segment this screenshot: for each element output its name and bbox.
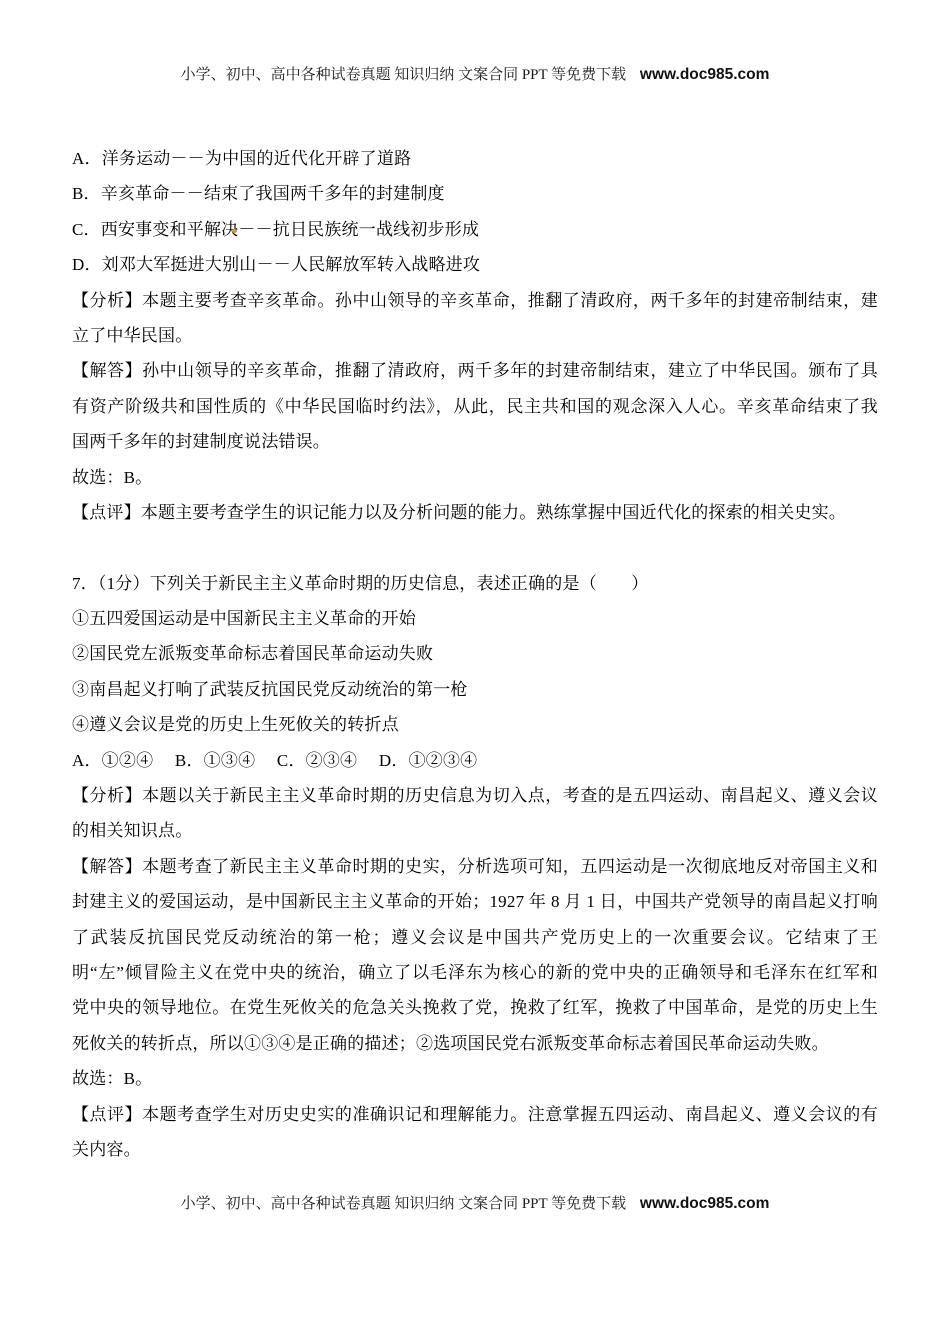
text-line: 【分析】本题主要考查辛亥革命。孙中山领导的辛亥革命，推翻了清政府，两千多年的封建… <box>72 283 878 318</box>
text-line: 党中央的领导地位。在党生死攸关的危急关头挽救了党，挽救了红军，挽救了中国革命，是… <box>72 990 878 1025</box>
text-line: D．刘邓大军挺进大别山－－人民解放军转入战略进攻 <box>72 247 878 282</box>
text-line: ③南昌起义打响了武装反抗国民党反动统治的第一枪 <box>72 672 878 707</box>
footer-site-link[interactable]: www.doc985.com <box>640 1195 770 1212</box>
header-text: 小学、初中、高中各种试卷真题 知识归纳 文案合同 PPT 等免费下载 <box>181 67 627 83</box>
text-line: 故选：B。 <box>72 1061 878 1096</box>
text-line: 了武装反抗国民党反动统治的第一枪；遵义会议是中国共产党历史上的一次重要会议。它结… <box>72 920 878 955</box>
text-line: 【解答】本题考查了新民主主义革命时期的史实，分析选项可知，五四运动是一次彻底地反… <box>72 849 878 884</box>
spellcheck-dot <box>232 229 237 233</box>
page-footer: 小学、初中、高中各种试卷真题 知识归纳 文案合同 PPT 等免费下载 www.d… <box>0 1195 950 1213</box>
document-body: A．洋务运动－－为中国的近代化开辟了道路B．辛亥革命－－结束了我国两千多年的封建… <box>72 141 878 1167</box>
document-page: 小学、初中、高中各种试卷真题 知识归纳 文案合同 PPT 等免费下载 www.d… <box>0 0 950 1344</box>
text-line: 有资产阶级共和国性质的《中华民国临时约法》，从此，民主共和国的观念深入人心。辛亥… <box>72 389 878 424</box>
footer-text: 小学、初中、高中各种试卷真题 知识归纳 文案合同 PPT 等免费下载 <box>181 1196 627 1212</box>
text-line: A．①②④ B．①③④ C．②③④ D．①②③④ <box>72 743 878 778</box>
text-line <box>72 530 878 565</box>
text-line: ④遵义会议是党的历史上生死攸关的转折点 <box>72 707 878 742</box>
text-line: 明“左”倾冒险主义在党中央的统治，确立了以毛泽东为核心的新的党中央的正确领导和毛… <box>72 955 878 990</box>
text-line: 立了中华民国。 <box>72 318 878 353</box>
text-line: 关内容。 <box>72 1132 878 1167</box>
text-line: 【分析】本题以关于新民主主义革命时期的历史信息为切入点，考查的是五四运动、南昌起… <box>72 778 878 813</box>
text-line: 国两千多年的封建制度说法错误。 <box>72 424 878 459</box>
text-line: A．洋务运动－－为中国的近代化开辟了道路 <box>72 141 878 176</box>
text-line: 【解答】孙中山领导的辛亥革命，推翻了清政府，两千多年的封建帝制结束，建立了中华民… <box>72 353 878 388</box>
text-line: 封建主义的爱国运动，是中国新民主主义革命的开始；1927 年 8 月 1 日，中… <box>72 884 878 919</box>
text-line: 故选：B。 <box>72 460 878 495</box>
text-line: 的相关知识点。 <box>72 813 878 848</box>
text-line: ①五四爱国运动是中国新民主主义革命的开始 <box>72 601 878 636</box>
text-line: 【点评】本题主要考查学生的识记能力以及分析问题的能力。熟练掌握中国近代化的探索的… <box>72 495 878 530</box>
page-header: 小学、初中、高中各种试卷真题 知识归纳 文案合同 PPT 等免费下载 www.d… <box>0 0 950 84</box>
text-line: 死攸关的转折点，所以①③④是正确的描述；②选项国民党右派叛变革命标志着国民革命运… <box>72 1026 878 1061</box>
header-site-link[interactable]: www.doc985.com <box>640 66 770 83</box>
text-line: ②国民党左派叛变革命标志着国民革命运动失败 <box>72 636 878 671</box>
text-line: 7．（1分）下列关于新民主主义革命时期的历史信息，表述正确的是（ ） <box>72 566 878 601</box>
text-line: B．辛亥革命－－结束了我国两千多年的封建制度 <box>72 176 878 211</box>
text-line: C．西安事变和平解决－－抗日民族统一战线初步形成 <box>72 212 878 247</box>
text-line: 【点评】本题考查学生对历史史实的准确识记和理解能力。注意掌握五四运动、南昌起义、… <box>72 1097 878 1132</box>
